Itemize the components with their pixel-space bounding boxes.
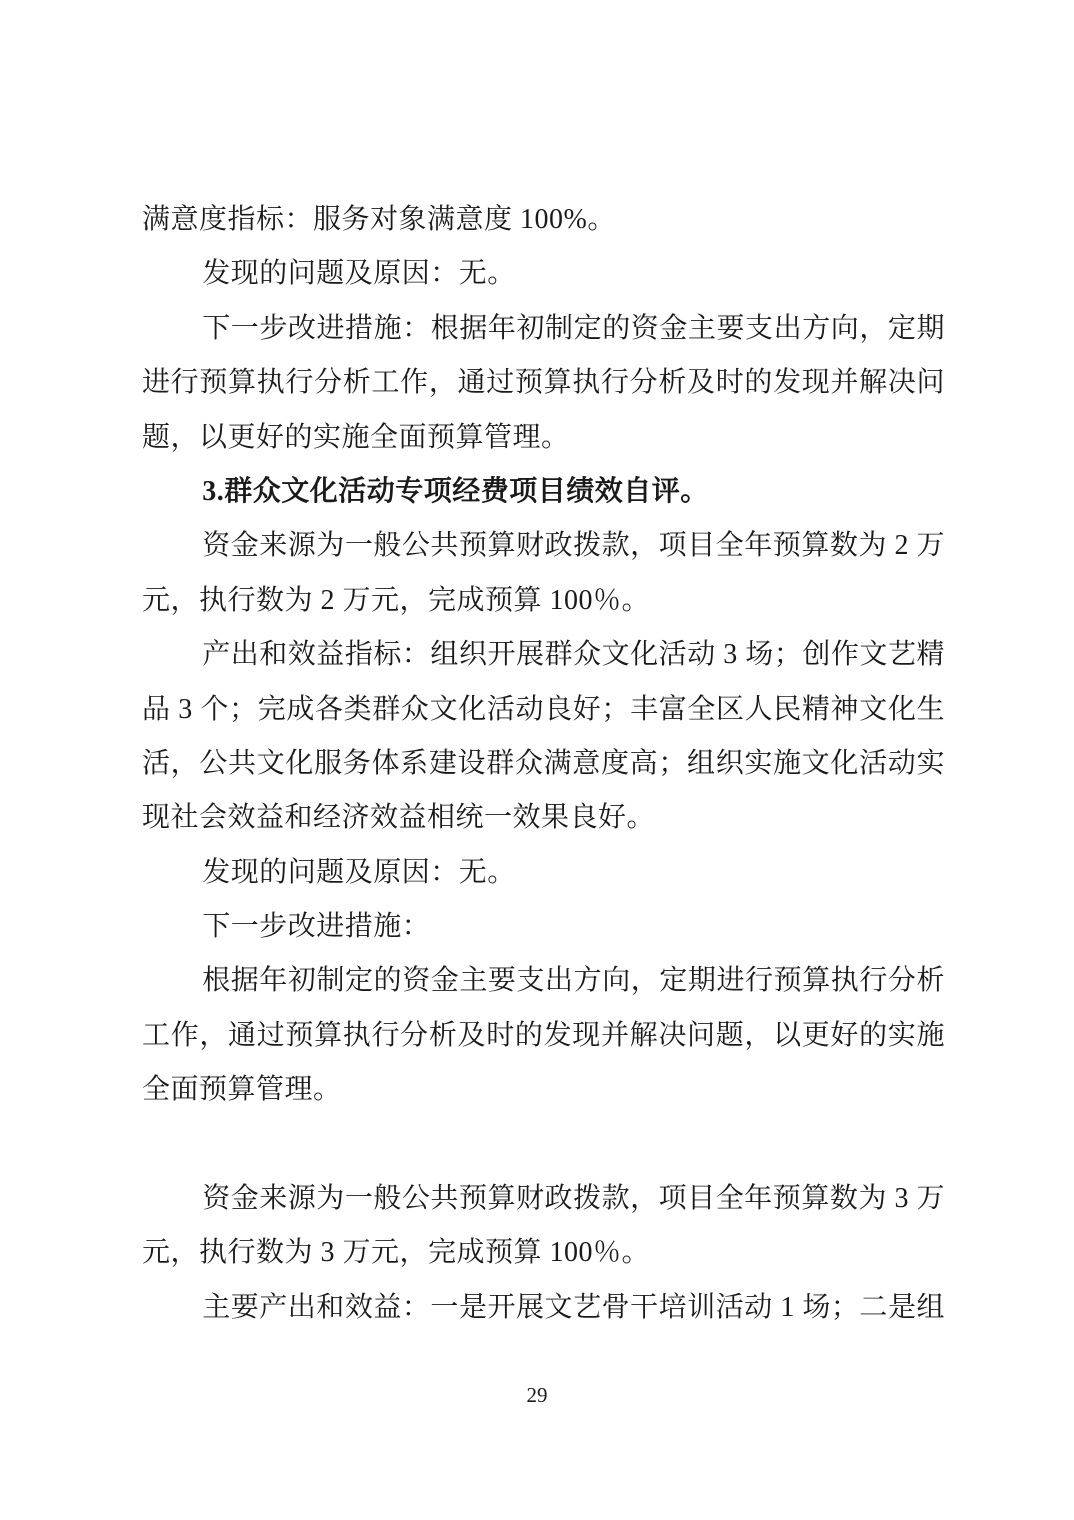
text-line: 发现的问题及原因：无。	[142, 846, 945, 900]
text-line: 产出和效益指标：组织开展群众文化活动 3 场；创作文艺精	[142, 628, 945, 682]
text-line: 品 3 个；完成各类群众文化活动良好；丰富全区人民精神文化生	[142, 683, 945, 737]
section-4-heading: 4.图书馆文化馆专项项目绩效自评综述：	[142, 1118, 945, 1172]
text-line: 资金来源为一般公共预算财政拨款，项目全年预算数为 2 万	[142, 519, 945, 573]
text-line: 全面预算管理。	[142, 1063, 945, 1117]
text-line: 元，执行数为 3 万元，完成预算 100％。	[142, 1226, 945, 1280]
text-line: 工作，通过预算执行分析及时的发现并解决问题，以更好的实施	[142, 1009, 945, 1063]
text-line: 现社会效益和经济效益相统一效果良好。	[142, 791, 945, 845]
text-block: 满意度指标：服务对象满意度 100%。 发现的问题及原因：无。 下一步改进措施：…	[142, 193, 945, 1335]
document-page: 满意度指标：服务对象满意度 100%。 发现的问题及原因：无。 下一步改进措施：…	[0, 0, 1074, 1520]
text-line: 下一步改进措施：	[142, 900, 945, 954]
page-number: 29	[0, 1380, 1074, 1410]
text-line: 元，执行数为 2 万元，完成预算 100％。	[142, 574, 945, 628]
text-line: 资金来源为一般公共预算财政拨款，项目全年预算数为 3 万	[142, 1172, 945, 1226]
text-line: 活，公共文化服务体系建设群众满意度高；组织实施文化活动实	[142, 737, 945, 791]
text-line: 题，以更好的实施全面预算管理。	[142, 411, 945, 465]
text-line: 下一步改进措施：根据年初制定的资金主要支出方向，定期	[142, 302, 945, 356]
section-3-heading: 3.群众文化活动专项经费项目绩效自评。	[142, 465, 945, 519]
text-line: 满意度指标：服务对象满意度 100%。	[142, 193, 945, 247]
text-line: 主要产出和效益：一是开展文艺骨干培训活动 1 场；二是组	[142, 1281, 945, 1335]
text-line: 进行预算执行分析工作，通过预算执行分析及时的发现并解决问	[142, 356, 945, 410]
text-line: 根据年初制定的资金主要支出方向，定期进行预算执行分析	[142, 954, 945, 1008]
text-line: 发现的问题及原因：无。	[142, 247, 945, 301]
